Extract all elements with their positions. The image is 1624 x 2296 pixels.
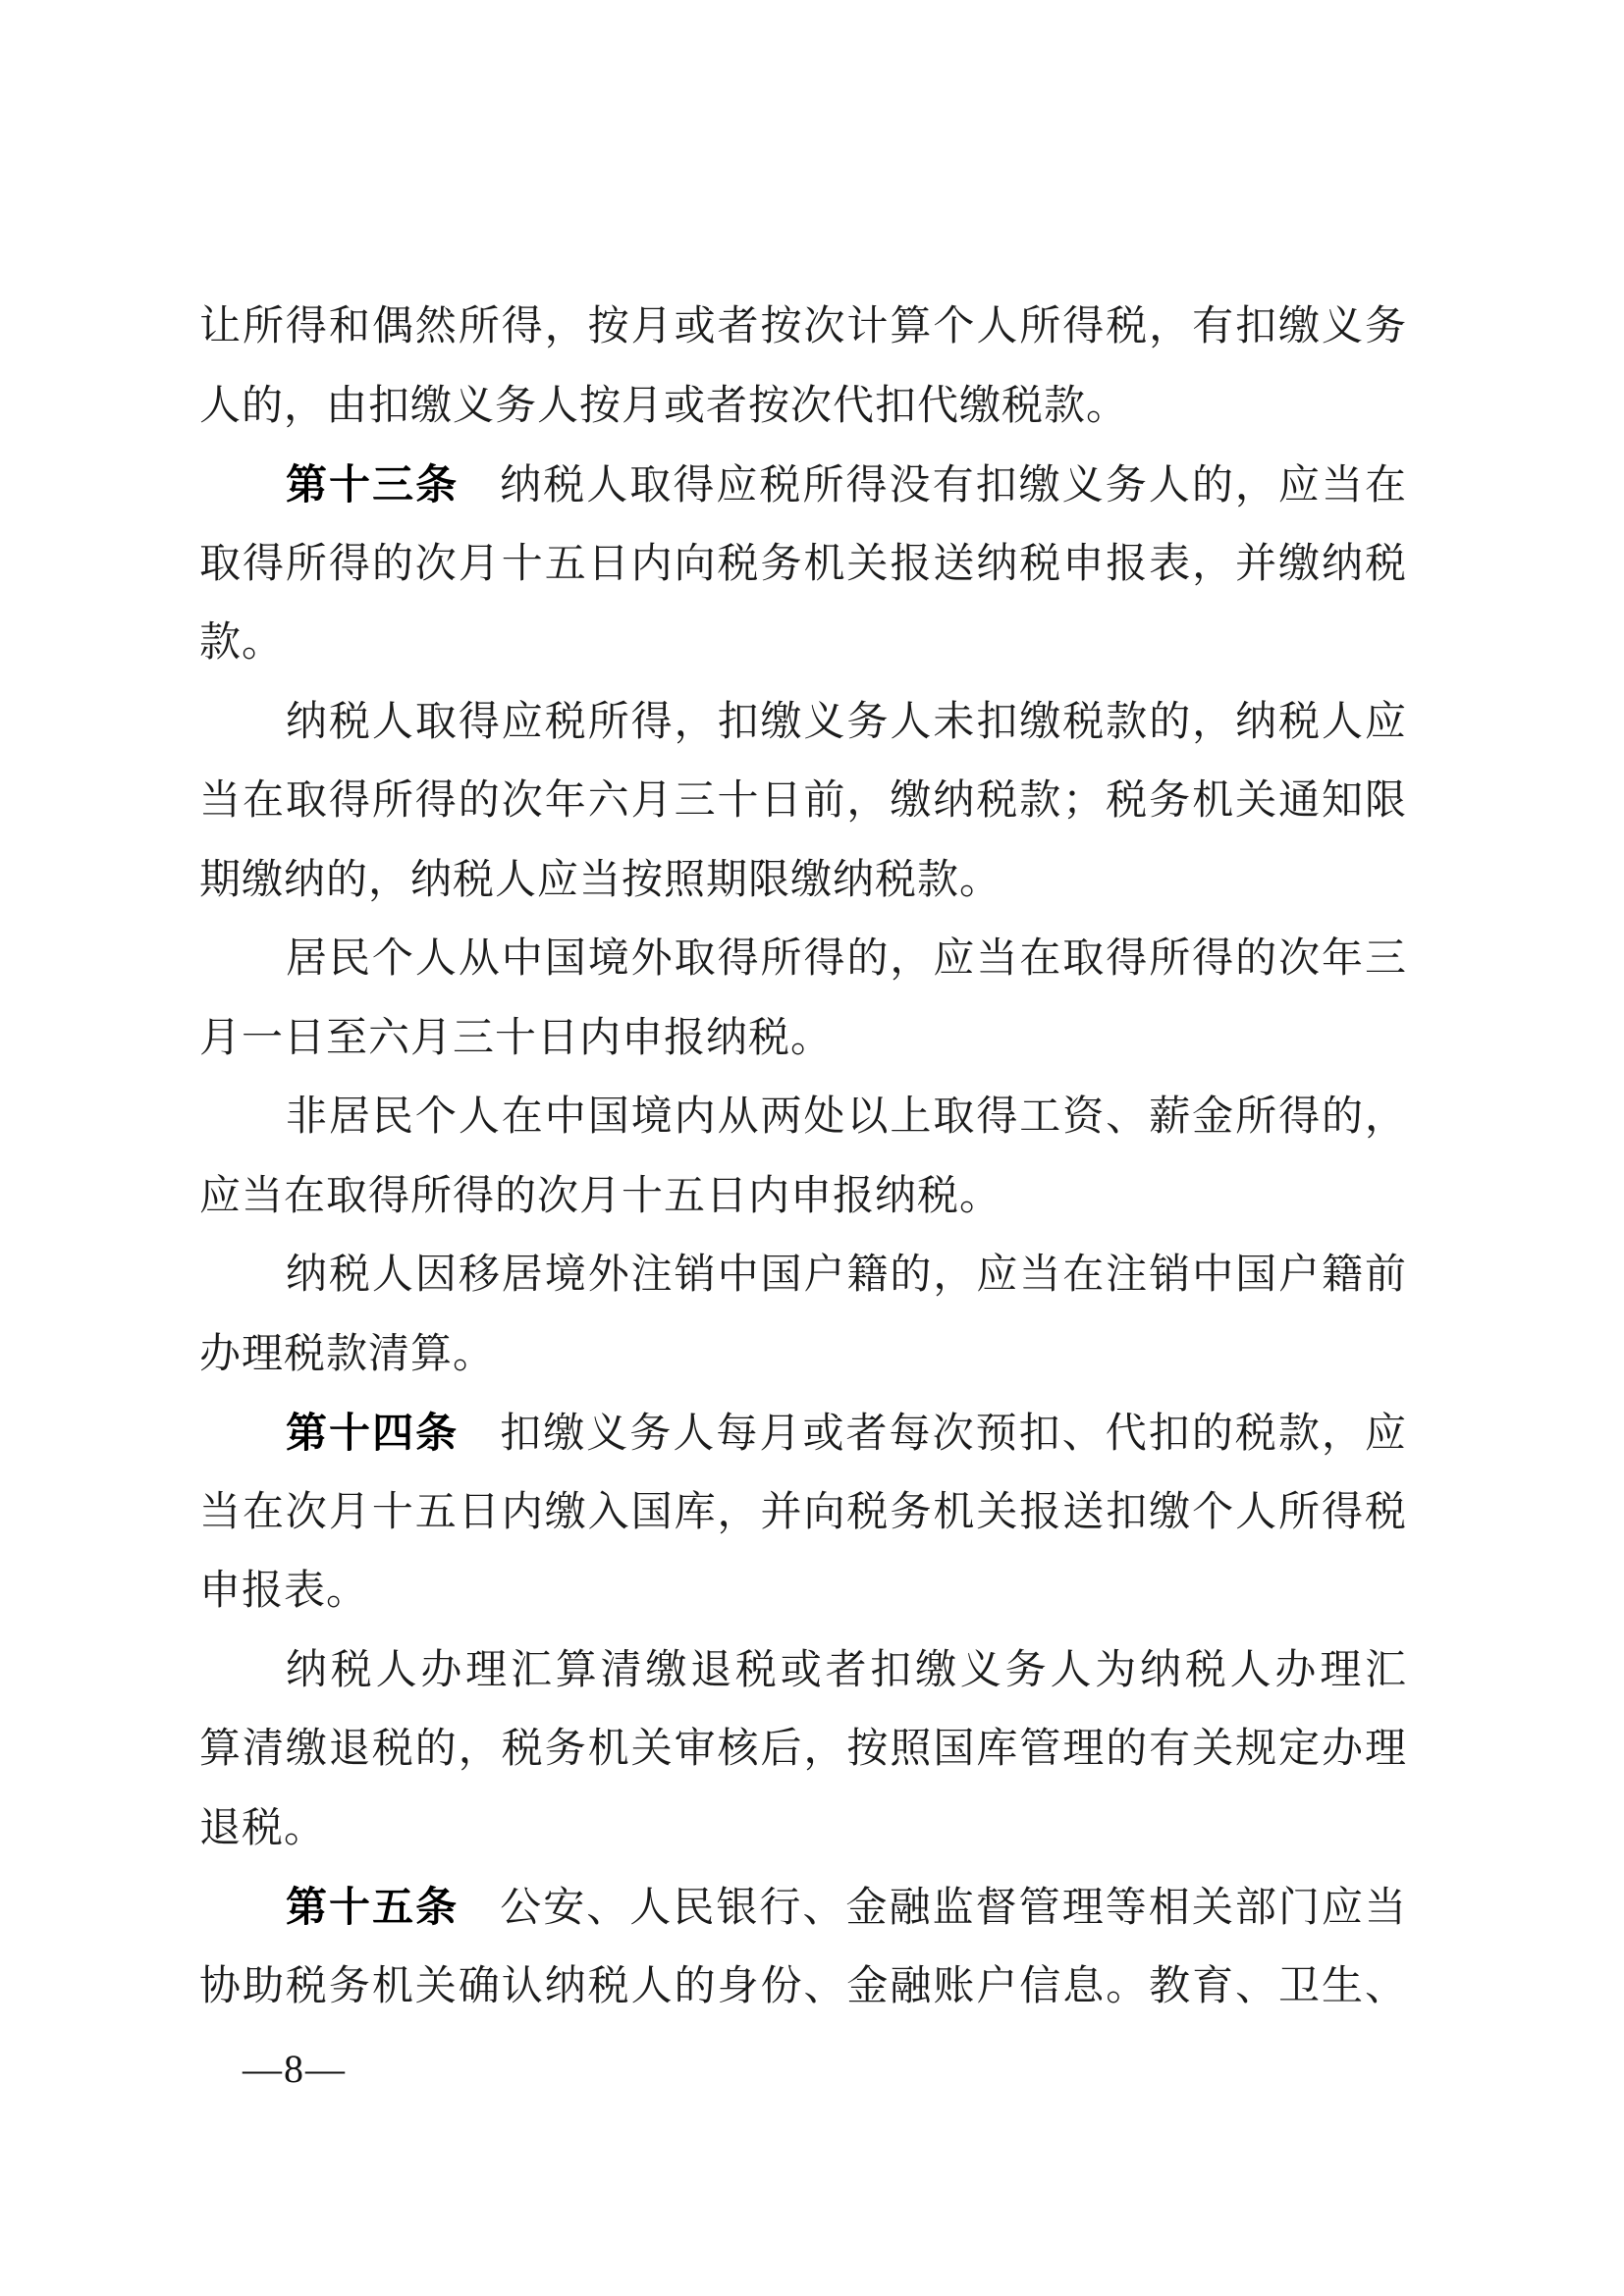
text-line: 纳税人办理汇算清缴退税或者扣缴义务人为纳税人办理汇 [199,1631,1407,1711]
paragraph: 居民个人从中国境外取得所得的，应当在取得所得的次年三月一日至六月三十日内申报纳税… [199,920,1407,1078]
text-line: 第十三条纳税人取得应税所得没有扣缴义务人的，应当在 [199,446,1407,525]
paragraph: 第十四条扣缴义务人每月或者每次预扣、代扣的税款，应当在次月十五日内缴入国库，并向… [199,1394,1407,1631]
article-heading: 第十五条 [286,1884,459,1930]
document-page: 让所得和偶然所得，按月或者按次计算个人所得税，有扣缴义务人的，由扣缴义务人按月或… [0,0,1624,2296]
text-line: 月一日至六月三十日内申报纳税。 [199,999,1407,1079]
text-line: 第十四条扣缴义务人每月或者每次预扣、代扣的税款，应 [199,1394,1407,1473]
paragraph: 第十五条公安、人民银行、金融监督管理等相关部门应当协助税务机关确认纳税人的身份、… [199,1868,1407,2026]
text-line: 非居民个人在中国境内从两处以上取得工资、薪金所得的， [199,1078,1407,1157]
line-text: 纳税人取得应税所得没有扣缴义务人的，应当在 [500,463,1407,508]
article-heading: 第十三条 [286,461,459,507]
text-line: 退税。 [199,1789,1407,1869]
text-line: 算清缴退税的，税务机关审核后，按照国库管理的有关规定办理 [199,1710,1407,1789]
paragraph: 第十三条纳税人取得应税所得没有扣缴义务人的，应当在取得所得的次月十五日内向税务机… [199,446,1407,683]
paragraph: 非居民个人在中国境内从两处以上取得工资、薪金所得的，应当在取得所得的次月十五日内… [199,1078,1407,1236]
text-line: 取得所得的次月十五日内向税务机关报送纳税申报表，并缴纳税 [199,525,1407,605]
text-line: 当在次月十五日内缴入国库，并向税务机关报送扣缴个人所得税 [199,1473,1407,1553]
text-line: 办理税款清算。 [199,1315,1407,1395]
text-line: 协助税务机关确认纳税人的身份、金融账户信息。教育、卫生、 [199,1948,1407,2027]
text-line: 款。 [199,604,1407,683]
document-body: 让所得和偶然所得，按月或者按次计算个人所得税，有扣缴义务人的，由扣缴义务人按月或… [199,288,1407,2026]
text-line: 第十五条公安、人民银行、金融监督管理等相关部门应当 [199,1868,1407,1948]
text-line: 居民个人从中国境外取得所得的，应当在取得所得的次年三 [199,920,1407,999]
line-text: 公安、人民银行、金融监督管理等相关部门应当 [500,1886,1407,1931]
text-line: 让所得和偶然所得，按月或者按次计算个人所得税，有扣缴义务 [199,288,1407,367]
text-line: 人的，由扣缴义务人按月或者按次代扣代缴税款。 [199,367,1407,447]
page-number: —8— [243,2047,347,2091]
paragraph: 让所得和偶然所得，按月或者按次计算个人所得税，有扣缴义务人的，由扣缴义务人按月或… [199,288,1407,446]
paragraph: 纳税人取得应税所得，扣缴义务人未扣缴税款的，纳税人应当在取得所得的次年六月三十日… [199,683,1407,921]
paragraph: 纳税人办理汇算清缴退税或者扣缴义务人为纳税人办理汇算清缴退税的，税务机关审核后，… [199,1631,1407,1869]
text-line: 申报表。 [199,1552,1407,1631]
line-text: 扣缴义务人每月或者每次预扣、代扣的税款，应 [500,1412,1407,1457]
article-heading: 第十四条 [286,1410,459,1456]
text-line: 当在取得所得的次年六月三十日前，缴纳税款；税务机关通知限 [199,762,1407,841]
text-line: 纳税人取得应税所得，扣缴义务人未扣缴税款的，纳税人应 [199,683,1407,763]
text-line: 应当在取得所得的次月十五日内申报纳税。 [199,1157,1407,1237]
paragraph: 纳税人因移居境外注销中国户籍的，应当在注销中国户籍前办理税款清算。 [199,1236,1407,1394]
page-footer: —8— [243,2050,347,2089]
text-line: 期缴纳的，纳税人应当按照期限缴纳税款。 [199,841,1407,921]
text-line: 纳税人因移居境外注销中国户籍的，应当在注销中国户籍前 [199,1236,1407,1315]
